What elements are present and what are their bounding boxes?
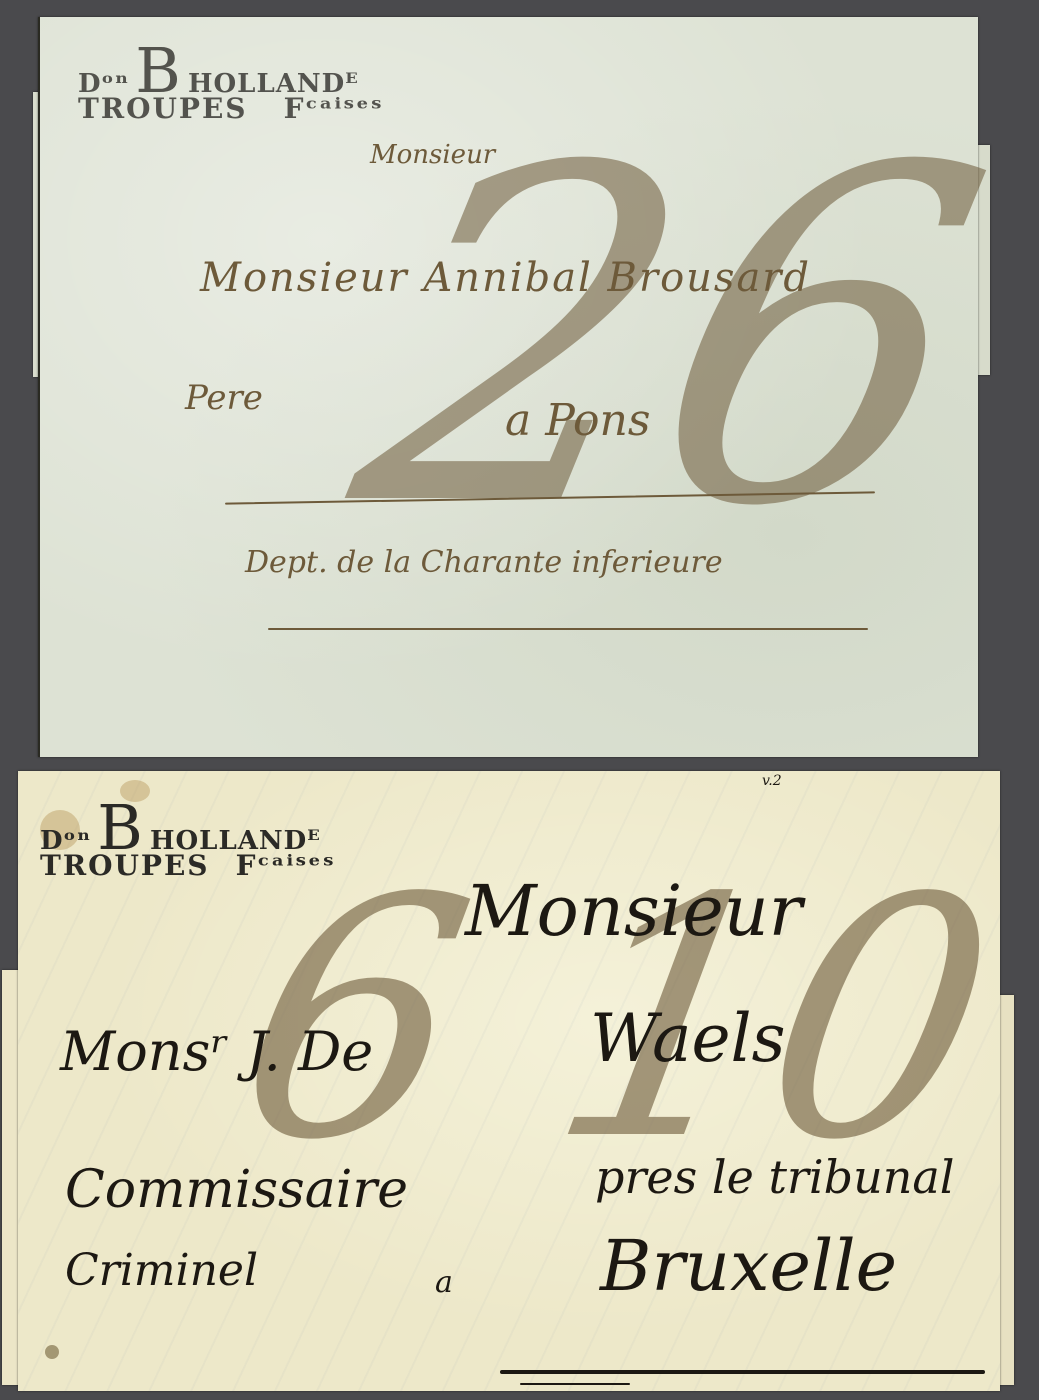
addressee-title: Commissaire bbox=[65, 1160, 408, 1220]
postmark-troupes: TROUPES bbox=[40, 849, 210, 882]
court-line: pres le tribunal bbox=[595, 1150, 954, 1204]
preposition: a bbox=[435, 1265, 453, 1300]
postmark-francaises: Fᶜᵃⁱˢᵉˢ bbox=[284, 92, 384, 125]
salutation: Monsieur bbox=[370, 140, 495, 170]
addressee-title-2: Criminel bbox=[65, 1245, 258, 1296]
foxing-stain bbox=[45, 1345, 59, 1359]
address-underline bbox=[500, 1370, 985, 1374]
army-postmark: Dᵒⁿ B HOLLANDᴱ TROUPES Fᶜᵃⁱˢᵉˢ bbox=[78, 40, 384, 125]
top-letter-cover: Dᵒⁿ B HOLLANDᴱ TROUPES Fᶜᵃⁱˢᵉˢ 26 Monsie… bbox=[0, 0, 1039, 765]
salutation: Monsieur bbox=[465, 870, 802, 952]
destination-town: Bruxelle bbox=[600, 1225, 897, 1307]
addressee-name-right: Waels bbox=[590, 1000, 786, 1077]
addressee-name-left: Monsʳ J. De bbox=[60, 1020, 373, 1083]
bottom-letter-cover: v.2 Dᵒⁿ B HOLLANDᴱ TROUPES Fᶜᵃⁱˢᵉˢ 6 10 … bbox=[0, 765, 1039, 1400]
corner-note: v.2 bbox=[762, 773, 782, 789]
addressee-name: Monsieur Annibal Brousard bbox=[200, 255, 811, 301]
department: Dept. de la Charante inferieure bbox=[245, 545, 723, 580]
address-underline-short bbox=[520, 1383, 630, 1385]
destination-town: a Pons bbox=[505, 395, 650, 446]
addressee-title: Pere bbox=[185, 378, 263, 418]
address-underline-2 bbox=[268, 628, 868, 630]
postmark-troupes: TROUPES bbox=[78, 92, 248, 125]
